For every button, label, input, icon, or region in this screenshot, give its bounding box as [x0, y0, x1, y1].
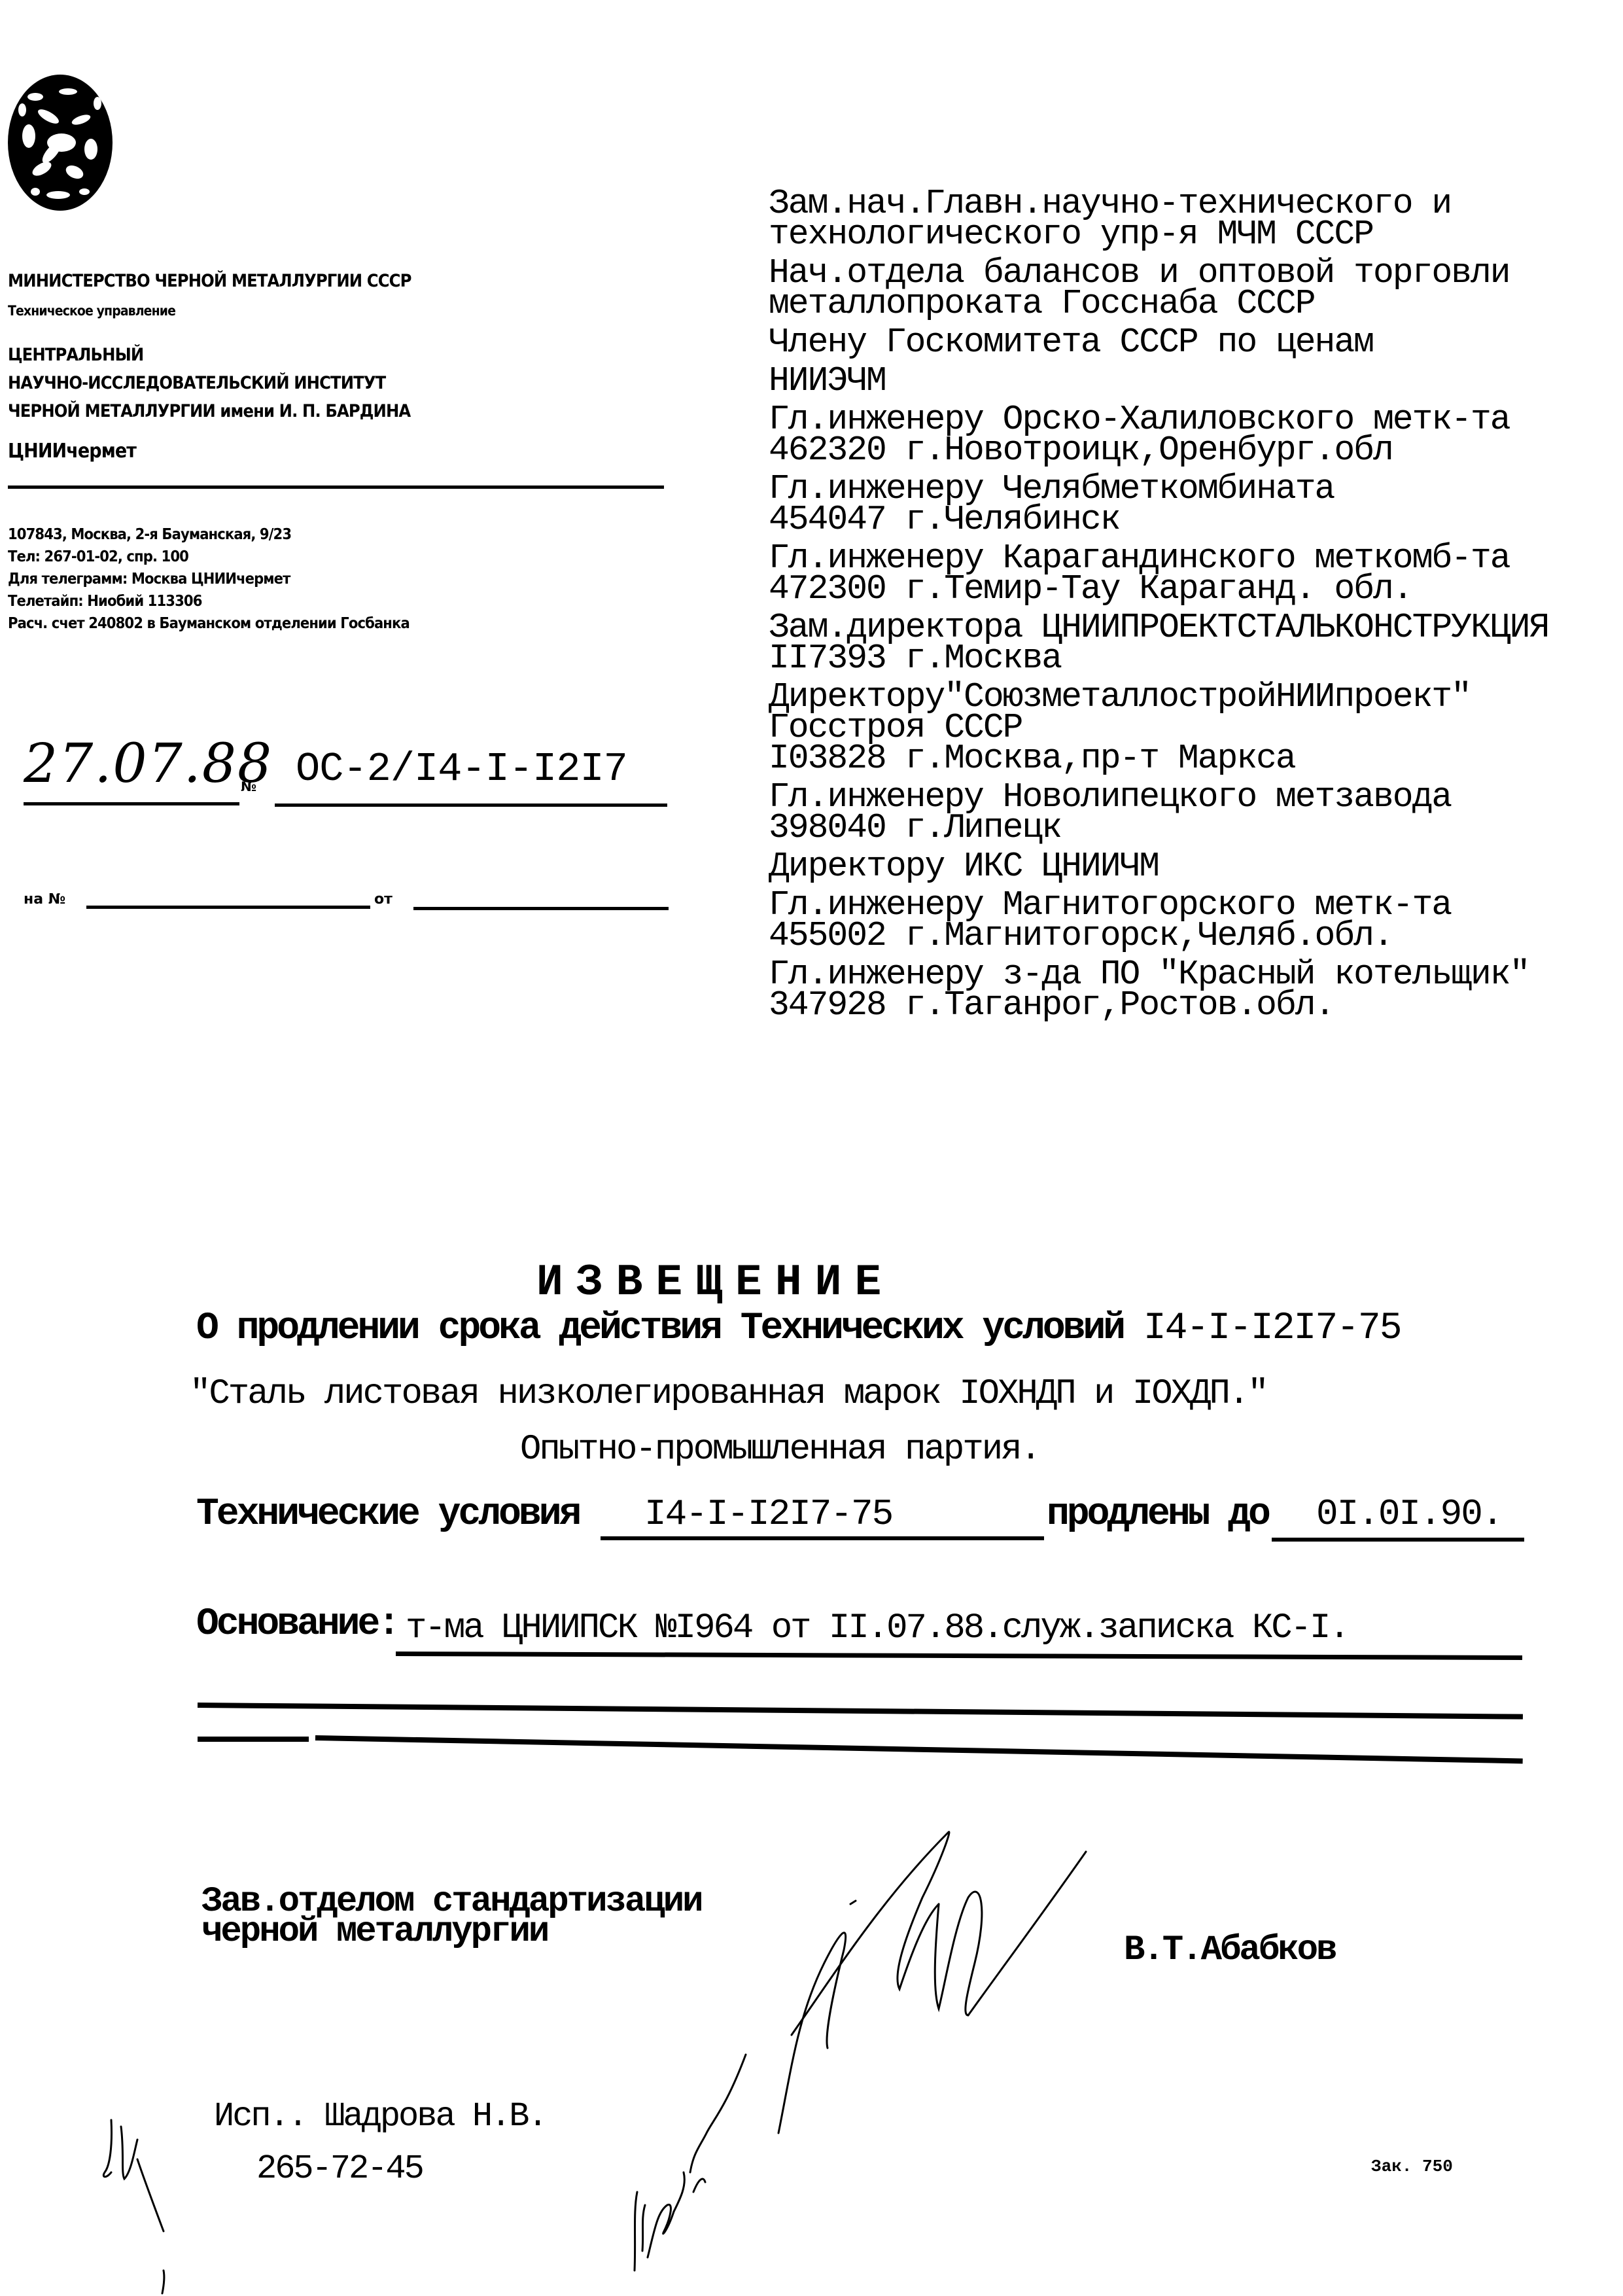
- outgoing-number-underline: [275, 804, 667, 807]
- notice-title: ИЗВЕЩЕНИЕ: [536, 1258, 894, 1308]
- address-line: Телетайп: Ниобий 113306: [8, 590, 410, 612]
- recipient-entry: Гл.инженеру Челябметкомбината454047 г.Че…: [769, 474, 1619, 535]
- recipient-line: 347928 г.Таганрог,Ростов.обл.: [769, 990, 1619, 1021]
- recipient-entry: Зам.нач.Главн.научно-технического итехно…: [769, 188, 1619, 250]
- signatory-name: В.Т.Абабков: [1124, 1930, 1335, 1970]
- basis-value: т-ма ЦНИИПСК №I964 от II.07.88.служ.запи…: [406, 1608, 1348, 1648]
- reply-to-field: [86, 906, 370, 909]
- basis-underline: [396, 1651, 1522, 1660]
- signatory-position: Зав.отделом стандартизации черной металл…: [201, 1887, 702, 1947]
- basis-label: Основание:: [196, 1603, 398, 1646]
- address-line: 107843, Москва, 2-я Бауманская, 9/23: [8, 523, 410, 546]
- margin-initials-icon: [98, 2107, 170, 2296]
- institute-line: ЧЕРНОЙ МЕТАЛЛУРГИИ имени И. П. БАРДИНА: [8, 397, 410, 425]
- recipient-entry: Гл.инженеру Магнитогорского метк-та45500…: [769, 890, 1619, 951]
- recipient-line: 462320 г.Новотроицк,Оренбург.обл: [769, 435, 1619, 466]
- executor-signature-icon: [628, 2041, 759, 2277]
- recipient-entry: Нач.отдела балансов и оптовой торговлиме…: [769, 258, 1619, 319]
- address-line: Расч. счет 240802 в Бауманском отделении…: [8, 612, 410, 635]
- letterhead-divider: [8, 486, 664, 489]
- recipient-entry: Директору"СоюзметаллостройНИИпроект"Госс…: [769, 682, 1619, 774]
- recipient-entry: Директору ИКС ЦНИИЧМ: [769, 851, 1619, 882]
- notice-subtitle-text: О продлении срока действия Технических у…: [196, 1307, 1123, 1350]
- notice-subtitle-number: I4-I-I2I7-75: [1143, 1307, 1401, 1350]
- institute-short-name: ЦНИИчермет: [8, 440, 136, 463]
- recipient-line: технологического упр-я МЧМ СССР: [769, 219, 1619, 250]
- recipient-line: 454047 г.Челябинск: [769, 504, 1619, 535]
- recipient-entry: Гл.инженеру Новолипецкого метзавода39804…: [769, 782, 1619, 843]
- recipient-line: 472300 г.Темир-Тау Караганд. обл.: [769, 574, 1619, 605]
- reply-from-label: от: [374, 891, 393, 908]
- blank-line: [198, 1703, 1523, 1720]
- blank-line: [315, 1735, 1523, 1763]
- recipient-line: Члену Госкомитета СССР по ценам: [769, 327, 1619, 358]
- recipient-line: 455002 г.Магнитогорск,Челяб.обл.: [769, 921, 1619, 951]
- number-mark: №: [241, 779, 256, 794]
- recipient-entry: Гл.инженеру з-да ПО "Красный котельщик"3…: [769, 959, 1619, 1021]
- extended-until-underline: [1272, 1538, 1524, 1542]
- print-order-number: Зак. 750: [1371, 2157, 1453, 2176]
- handwritten-signature-icon: [752, 1819, 1145, 2159]
- department-name: Техническое управление: [8, 303, 175, 319]
- extended-until-value: 0I.0I.90.: [1316, 1493, 1502, 1535]
- institute-address: 107843, Москва, 2-я Бауманская, 9/23 Тел…: [8, 523, 410, 635]
- executor-name: Исп.. Шадрова Н.В.: [214, 2097, 546, 2136]
- notice-subtitle: О продлении срока действия Технических у…: [196, 1307, 1401, 1350]
- reply-from-field: [413, 907, 669, 910]
- ussr-coat-of-arms-icon: [3, 71, 115, 219]
- tech-conditions-label: Технические условия: [196, 1493, 579, 1536]
- address-line: Для телеграмм: Москва ЦНИИчермет: [8, 568, 410, 590]
- executor-phone: 265-72-45: [256, 2149, 423, 2188]
- recipient-line: металлопроката Госснаба СССР: [769, 289, 1619, 319]
- handwritten-date: 27.07.88: [24, 733, 273, 795]
- outgoing-number: ОС-2/I4-I-I2I7: [296, 746, 627, 792]
- recipient-entry: Члену Госкомитета СССР по ценам: [769, 327, 1619, 358]
- recipient-line: 398040 г.Липецк: [769, 813, 1619, 843]
- recipient-line: НИИЭЧМ: [769, 366, 1619, 397]
- recipient-line: I03828 г.Москва,пр-т Маркса: [769, 743, 1619, 774]
- recipient-line: II7393 г.Москва: [769, 643, 1619, 674]
- institute-line: НАУЧНО-ИССЛЕДОВАТЕЛЬСКИЙ ИНСТИТУТ: [8, 369, 410, 397]
- institute-name: ЦЕНТРАЛЬНЫЙ НАУЧНО-ИССЛЕДОВАТЕЛЬСКИЙ ИНС…: [8, 341, 410, 425]
- recipient-entry: Зам.директора ЦНИИПРОЕКТСТАЛЬКОНСТРУКЦИЯ…: [769, 612, 1619, 674]
- recipient-line: Директору ИКС ЦНИИЧМ: [769, 851, 1619, 882]
- extended-until-label: продлены до: [1047, 1493, 1268, 1536]
- recipient-entry: НИИЭЧМ: [769, 366, 1619, 397]
- batch-description: Опытно-промышленная партия.: [520, 1430, 1039, 1470]
- ministry-name: МИНИСТЕРСТВО ЧЕРНОЙ МЕТАЛЛУРГИИ СССР: [8, 271, 411, 291]
- date-underline: [24, 802, 239, 805]
- blank-line: [198, 1737, 309, 1742]
- recipient-entry: Гл.инженеру Орско-Халиловского метк-та46…: [769, 404, 1619, 466]
- tech-conditions-value: I4-I-I2I7-75: [644, 1493, 892, 1535]
- recipient-entry: Гл.инженеру Карагандинского меткомб-та47…: [769, 543, 1619, 605]
- tech-conditions-underline: [601, 1536, 1044, 1540]
- recipient-list: Зам.нач.Главн.научно-технического итехно…: [769, 188, 1619, 1029]
- reply-to-label: на №: [24, 891, 65, 908]
- address-line: Тел: 267-01-02, спр. 100: [8, 546, 410, 568]
- steel-description: "Сталь листовая низколегированная марок …: [190, 1374, 1267, 1414]
- institute-line: ЦЕНТРАЛЬНЫЙ: [8, 341, 410, 369]
